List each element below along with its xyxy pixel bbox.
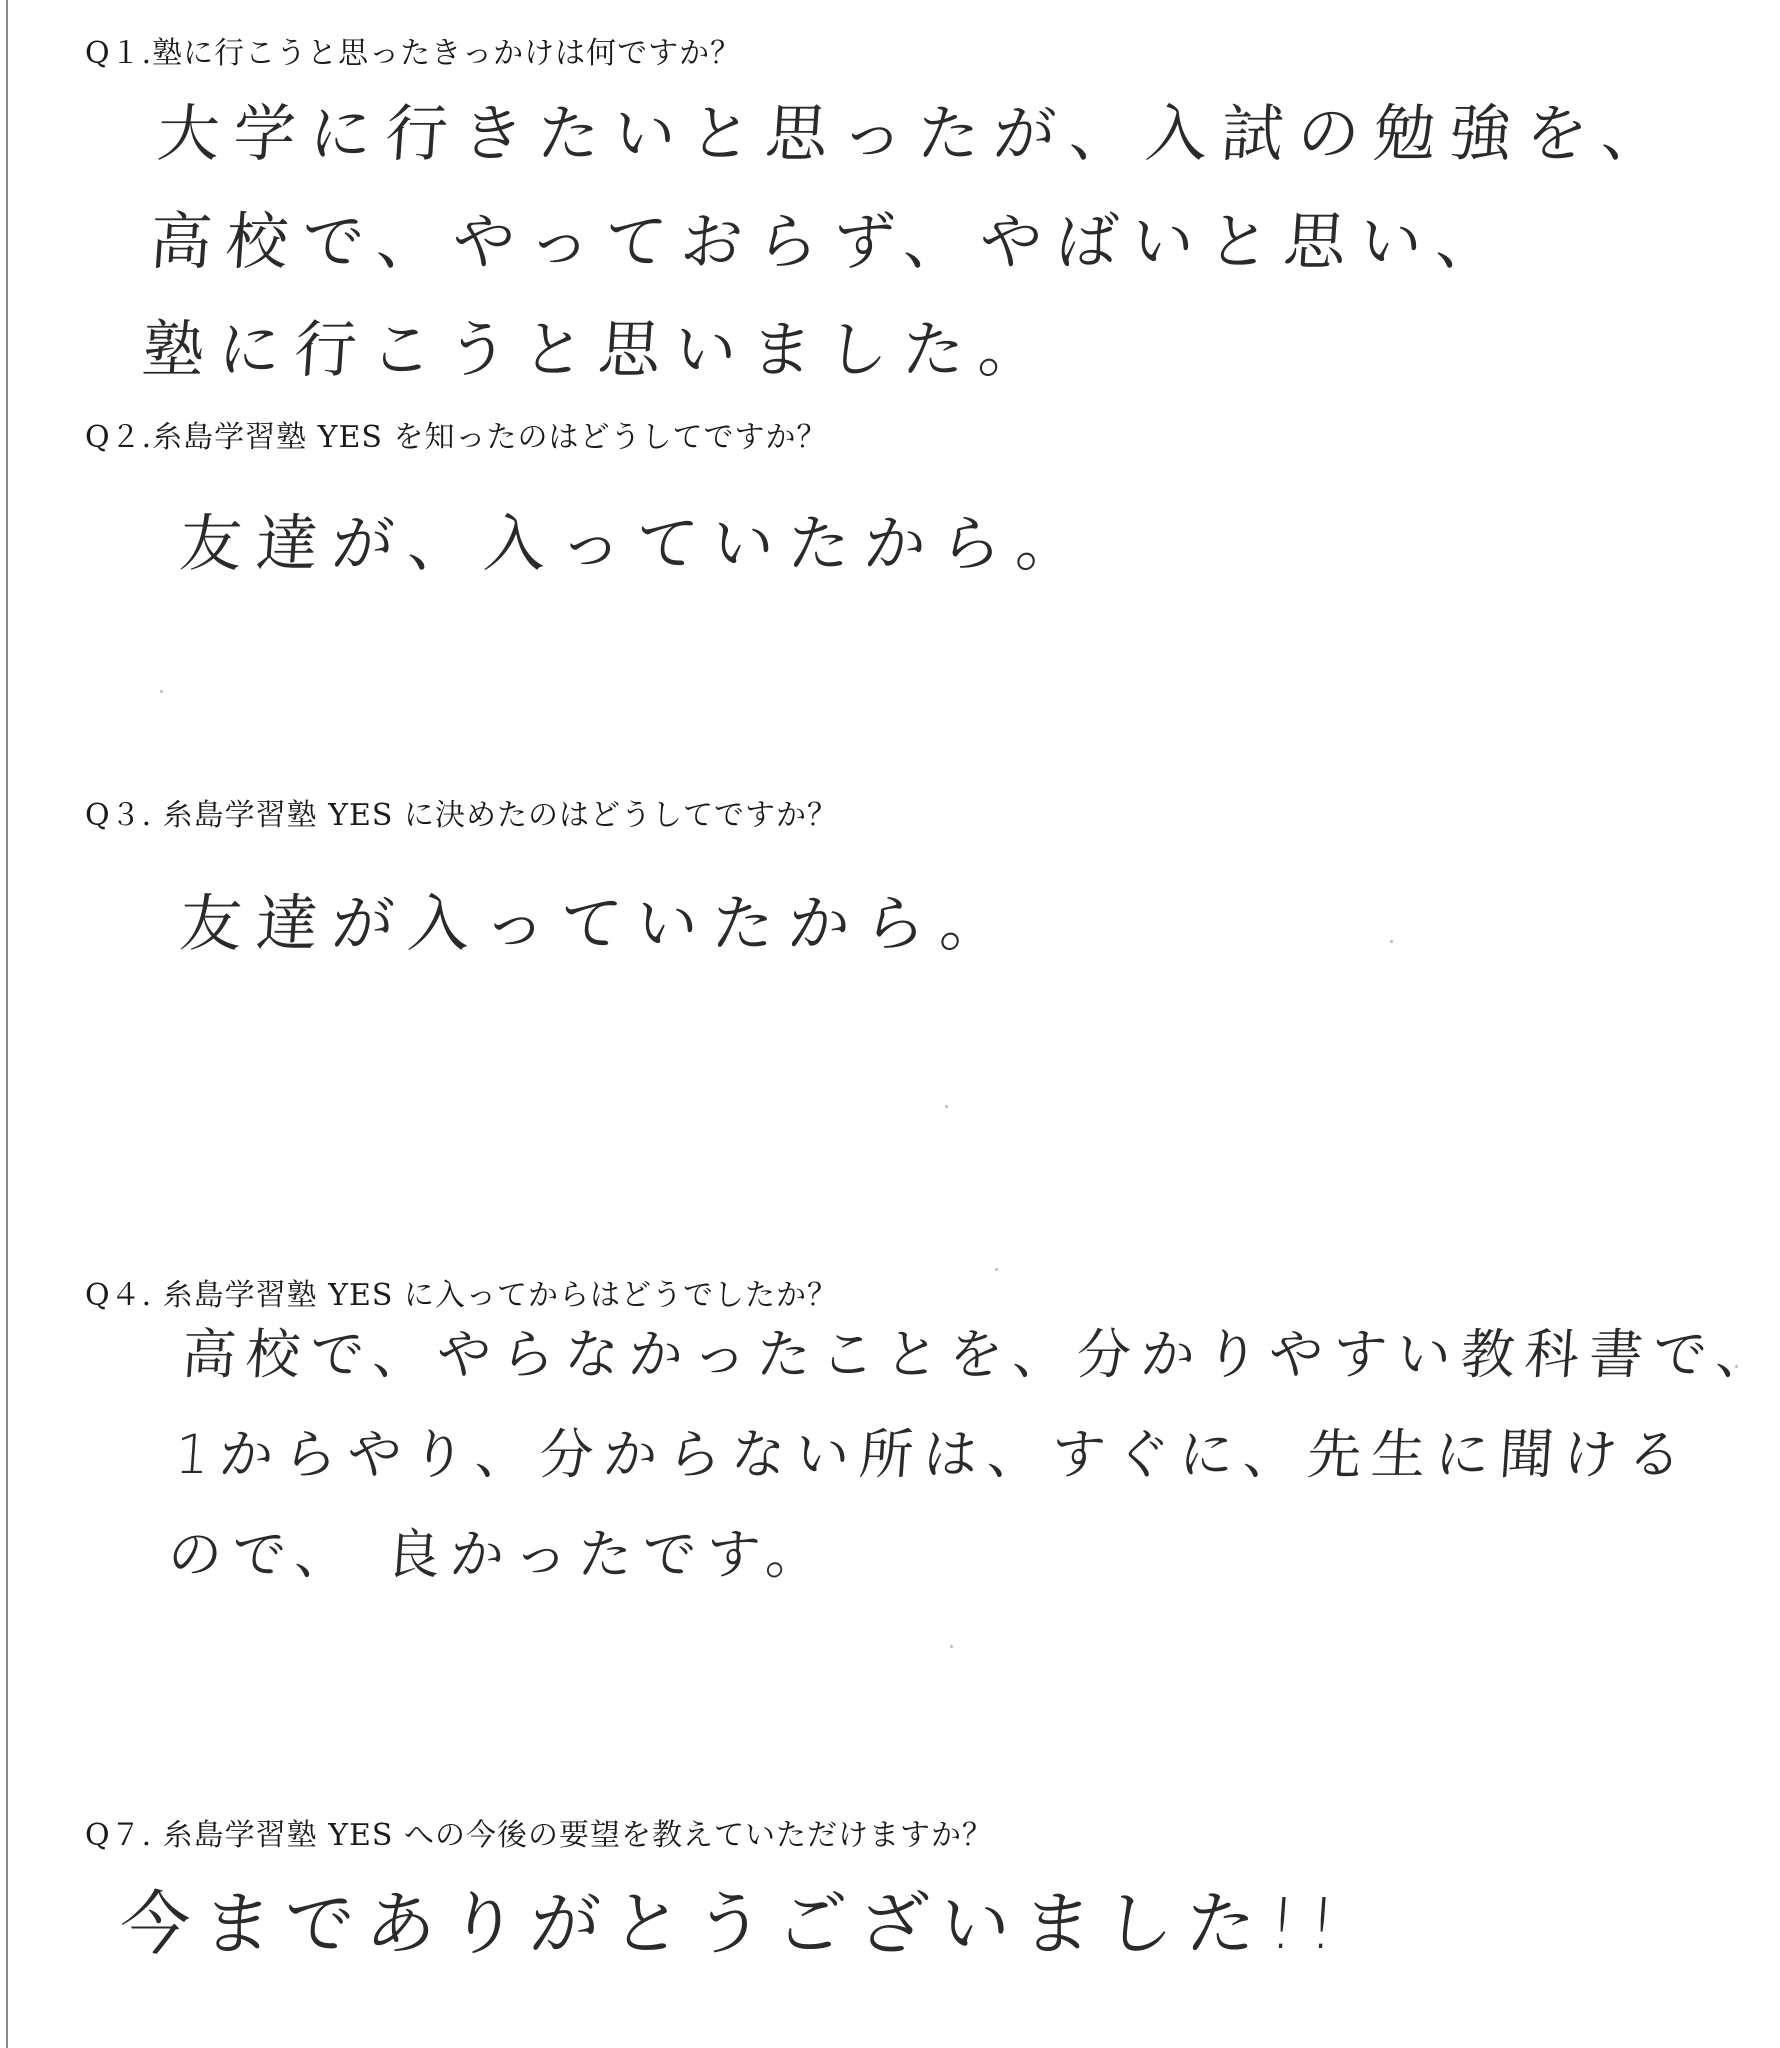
answer-7-handwritten: 今までありがとうございました!!	[116, 1870, 1352, 1978]
question-7-label: Q７. 糸島学習塾 YES への今後の要望を教えていただけますか？	[85, 1810, 993, 1854]
answer-1-handwritten: 大学に行きたいと思ったが、入試の勉強を、 高校で、やっておらず、やばいと思い、 …	[139, 80, 1682, 404]
answer-3-line-1: 友達が入っていたから。	[176, 870, 1020, 978]
answer-1-line-3: 塾に行こうと思いました。	[139, 296, 1667, 404]
answer-2-line-1: 友達が、入っていたから。	[176, 490, 1096, 598]
answer-1-line-1: 大学に行きたいと思ったが、入試の勉強を、	[154, 80, 1682, 188]
answer-4-line-2: 1からやり、分からない所は、すぐに、先生に聞ける	[172, 1405, 1777, 1505]
answer-7-line-1: 今までありがとうございました!!	[116, 1870, 1352, 1978]
answer-2-handwritten: 友達が、入っていたから。	[176, 490, 1096, 598]
answer-4-line-3: ので、 良かったです。	[165, 1505, 1770, 1605]
scan-speck	[1735, 1365, 1738, 1368]
scan-speck	[160, 690, 163, 693]
question-2-label: Q２.糸島学習塾 YES を知ったのはどうしてですか？	[85, 412, 827, 456]
answer-4-handwritten: 高校で、やらなかったことを、分かりやすい教科書で、 1からやり、分からない所は、…	[165, 1305, 1780, 1605]
scan-speck	[1390, 940, 1393, 943]
scan-speck	[945, 1105, 948, 1108]
scan-speck	[995, 1268, 998, 1271]
answer-3-handwritten: 友達が入っていたから。	[176, 870, 1020, 978]
answer-1-line-2: 高校で、やっておらず、やばいと思い、	[146, 188, 1674, 296]
question-1-label: Q１.塾に行こうと思ったきっかけは何ですか？	[85, 28, 741, 72]
question-3-label: Q３. 糸島学習塾 YES に決めたのはどうしてですか？	[85, 790, 838, 834]
answer-4-line-1: 高校で、やらなかったことを、分かりやすい教科書で、	[178, 1305, 1780, 1405]
page-left-border	[6, 0, 8, 2048]
scan-speck	[950, 1645, 953, 1648]
